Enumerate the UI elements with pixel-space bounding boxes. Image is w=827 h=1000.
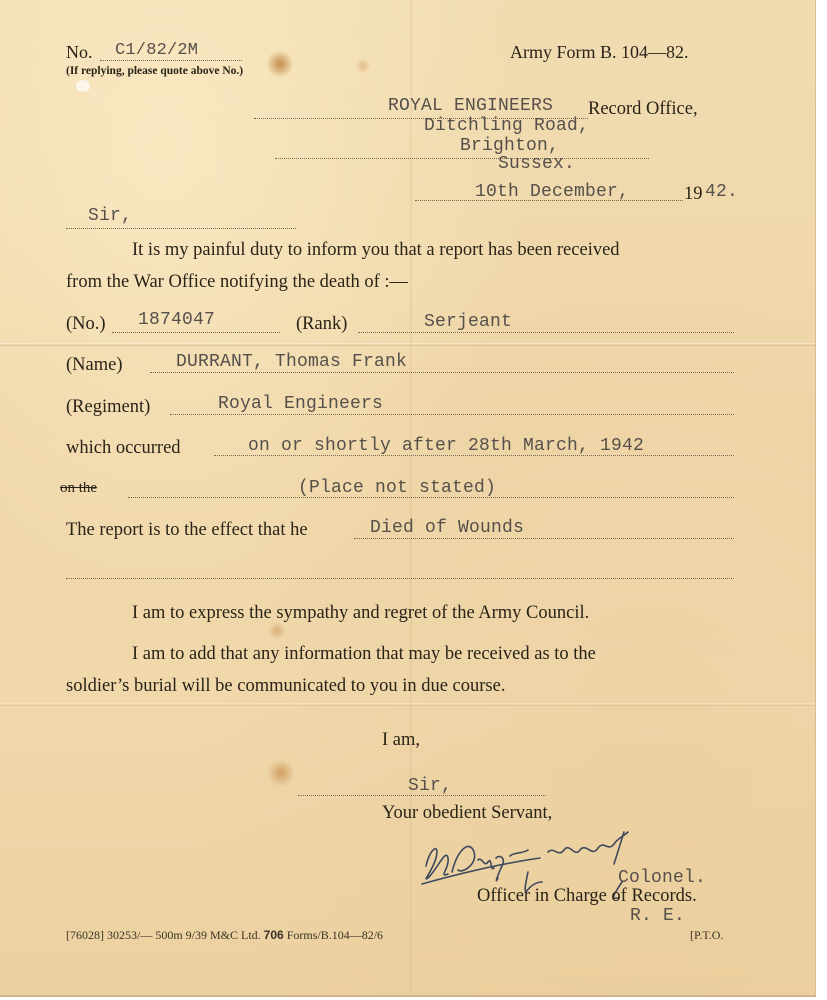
rank-label: (Rank) <box>296 314 347 335</box>
dotted-line <box>358 332 734 333</box>
place-label-struck: on the <box>60 480 97 497</box>
reference-number: C1/82/2M <box>115 41 198 60</box>
soldier-name: DURRANT, Thomas Frank <box>176 352 407 372</box>
print-code-number: 706 <box>264 928 284 942</box>
effect-label: The report is to the effect that he <box>66 520 308 541</box>
office-unit: ROYAL ENGINEERS <box>388 96 553 116</box>
closing-servant: Your obedient Servant, <box>382 803 552 824</box>
print-code: [76028] 30253/— 500m 9/39 M&C Ltd. 706 F… <box>66 928 383 943</box>
regiment-label: (Regiment) <box>66 397 150 418</box>
dotted-line <box>354 538 734 539</box>
please-turn-over: [P.T.O. <box>690 928 723 943</box>
salutation: Sir, <box>88 206 132 226</box>
ink-stain <box>266 50 294 78</box>
print-code-suffix: Forms/B.104—82/6 <box>287 928 383 942</box>
burial-line-2: soldier’s burial will be communicated to… <box>66 676 505 697</box>
form-identifier: Army Form B. 104—82. <box>510 42 689 63</box>
closing-i-am: I am, <box>382 730 420 751</box>
year-suffix: 42. <box>705 182 738 202</box>
service-number: 1874047 <box>138 310 215 330</box>
dotted-line <box>170 414 734 415</box>
dotted-line <box>112 332 280 333</box>
print-code-prefix: [76028] 30253/— 500m 9/39 M&C Ltd. <box>66 928 261 942</box>
dotted-line <box>150 372 734 373</box>
address-line-1: Ditchling Road, <box>424 116 589 136</box>
occurred-label: which occurred <box>66 438 181 459</box>
ink-stain <box>268 622 286 640</box>
record-office-label: Record Office, <box>588 99 698 120</box>
sympathy-text: I am to express the sympathy and regret … <box>132 603 589 624</box>
ink-stain <box>355 58 371 74</box>
paper-fold-crease <box>0 703 815 706</box>
paper-fold-crease <box>0 343 815 346</box>
date-of-death: on or shortly after 28th March, 1942 <box>248 436 644 456</box>
reference-label: No. <box>66 42 93 63</box>
closing-sir: Sir, <box>408 776 452 796</box>
paper-hole <box>76 80 90 92</box>
regiment-value: Royal Engineers <box>218 394 383 414</box>
dotted-line <box>275 158 649 159</box>
officer-title: Officer in Charge of Records. <box>477 886 697 907</box>
cause-of-death: Died of Wounds <box>370 518 524 538</box>
burial-line-1: I am to add that any information that ma… <box>132 644 596 665</box>
address-line-3: Sussex. <box>498 154 575 174</box>
place-of-death: (Place not stated) <box>298 478 496 498</box>
dotted-line <box>66 578 734 579</box>
dotted-line <box>298 795 546 796</box>
year-prefix: 19 <box>684 184 703 205</box>
ink-stain <box>266 760 296 786</box>
officer-rank: Colonel. <box>618 868 706 888</box>
corps-abbreviation: R. E. <box>630 906 685 926</box>
letter-date: 10th December, <box>475 182 629 202</box>
name-label: (Name) <box>66 355 123 376</box>
army-form-document: No. C1/82/2M (If replying, please quote … <box>0 0 816 997</box>
address-line-2: Brighton, <box>460 136 559 156</box>
dotted-line <box>100 60 242 61</box>
number-label: (No.) <box>66 314 106 335</box>
intro-line-2: from the War Office notifying the death … <box>66 272 408 293</box>
reference-note: (If replying, please quote above No.) <box>66 65 243 77</box>
dotted-line <box>66 228 296 229</box>
intro-line-1: It is my painful duty to inform you that… <box>132 240 620 261</box>
rank-value: Serjeant <box>424 312 512 332</box>
